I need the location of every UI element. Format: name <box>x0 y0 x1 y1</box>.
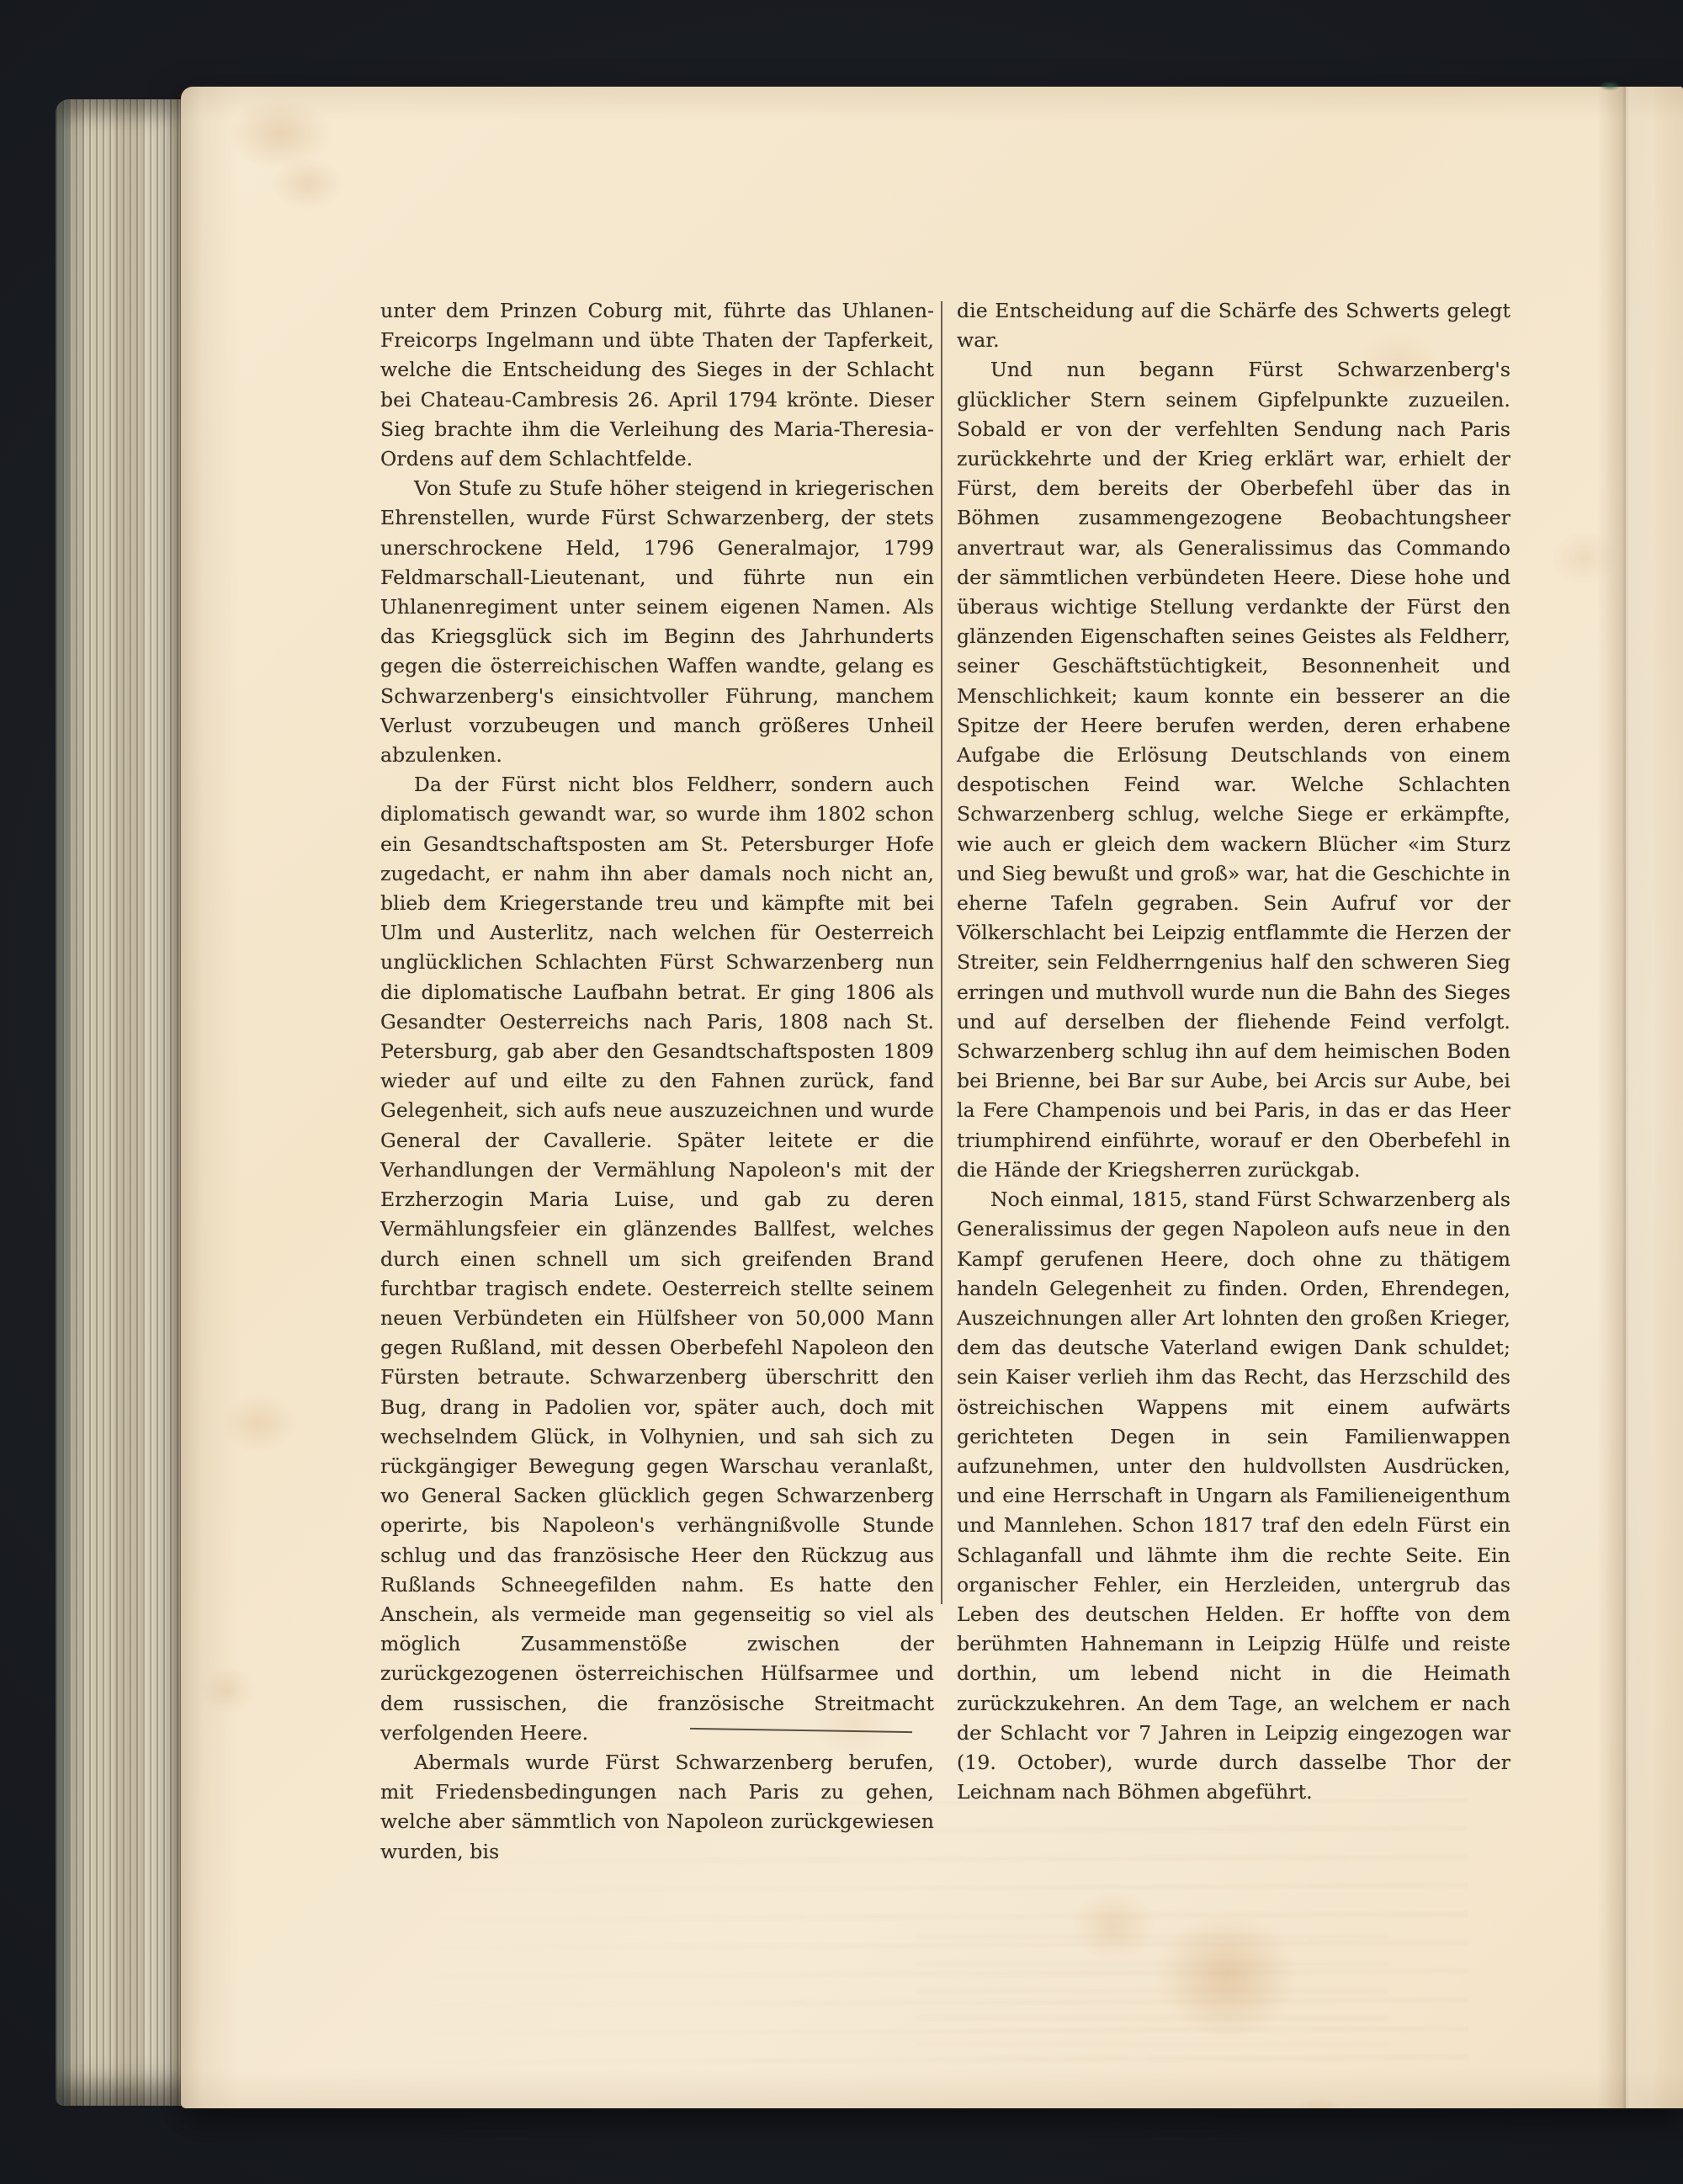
paragraph: unter dem Prinzen Coburg mit, führte das… <box>380 296 934 474</box>
column-divider-rule <box>941 301 942 1604</box>
paragraph: Von Stufe zu Stufe höher steigend in kri… <box>380 474 934 770</box>
photo-background: unter dem Prinzen Coburg mit, führte das… <box>0 0 1683 2184</box>
paragraph: Und nun begann Fürst Schwarzenberg's glü… <box>957 355 1510 1185</box>
paragraph: Noch einmal, 1815, stand Fürst Schwarzen… <box>957 1185 1510 1807</box>
facing-page-strip <box>1626 87 1683 2108</box>
paragraph: Da der Fürst nicht blos Feldherr, sonder… <box>380 770 934 1748</box>
text-column-left: unter dem Prinzen Coburg mit, führte das… <box>380 296 934 1867</box>
text-column-right: die Entscheidung auf die Schärfe des Sch… <box>957 296 1510 1807</box>
paragraph: die Entscheidung auf die Schärfe des Sch… <box>957 296 1510 355</box>
binding-fleck <box>1599 81 1621 91</box>
show-through-text <box>917 1936 1388 2045</box>
book-page-edges <box>56 99 197 2106</box>
